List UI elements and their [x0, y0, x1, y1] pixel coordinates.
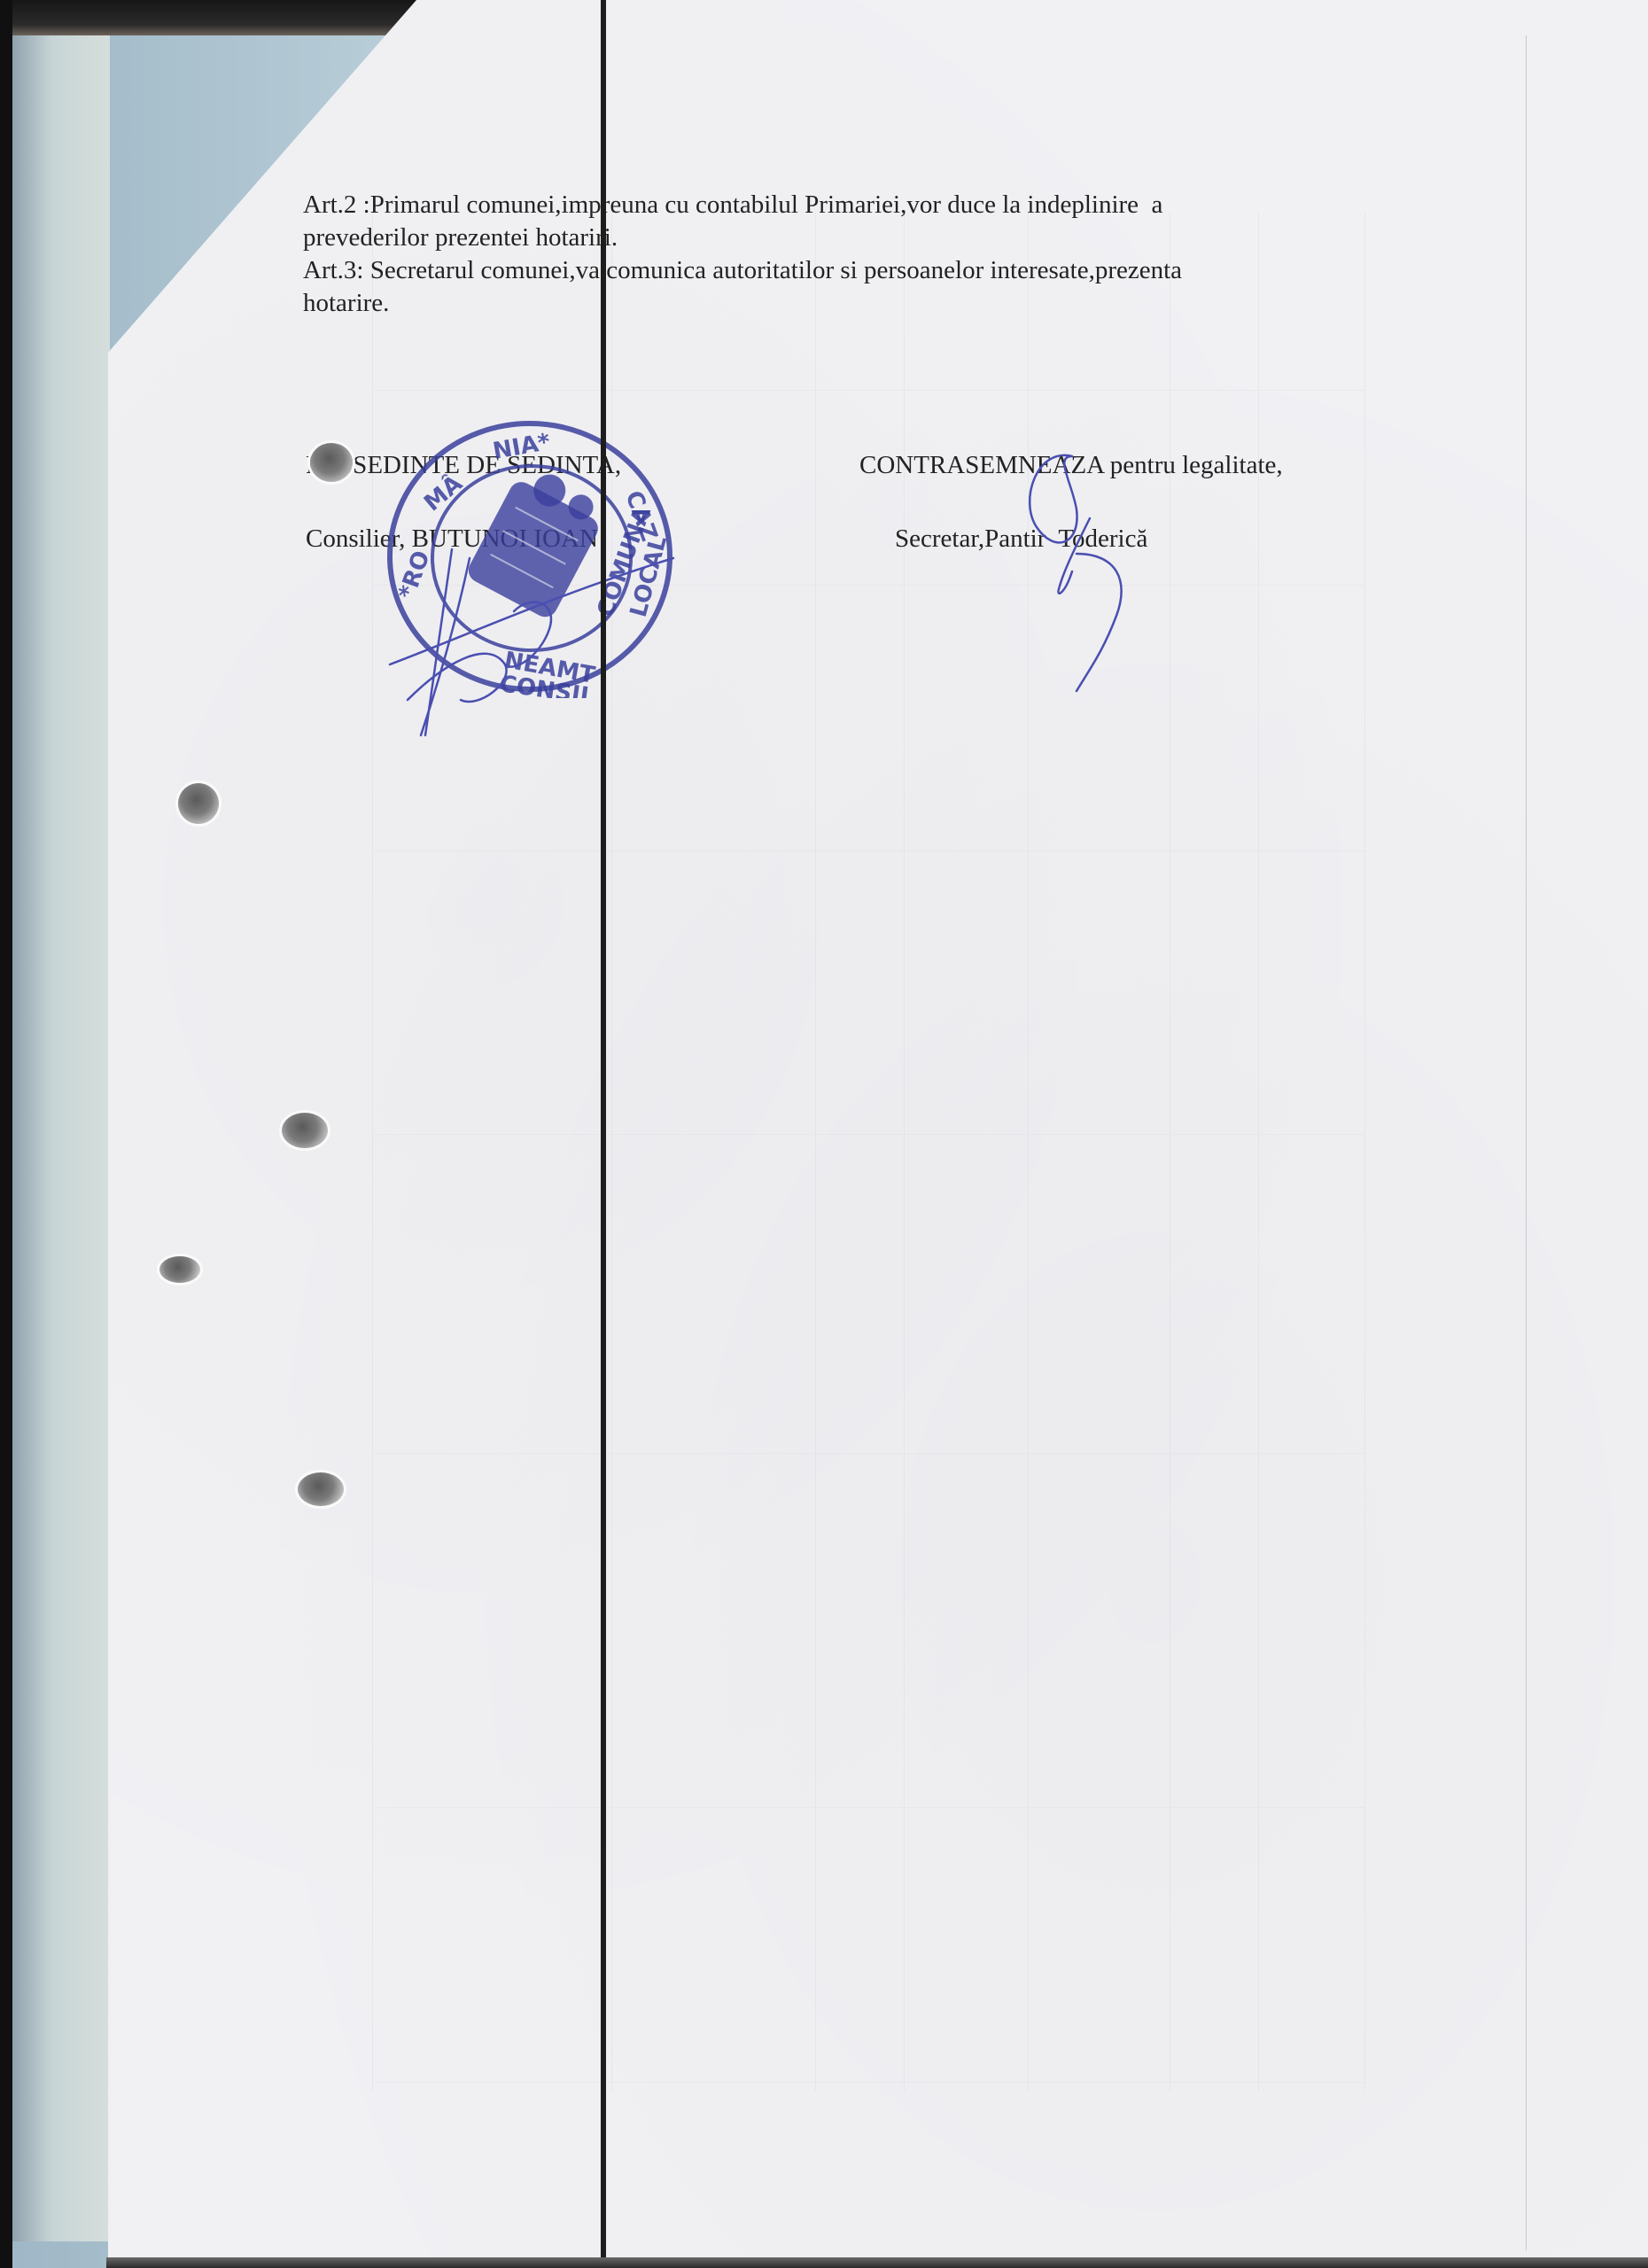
articles-section: Art.2 :Primarul comunei,impreuna cu cont…: [303, 189, 1182, 320]
scanner-frame-left: [0, 0, 12, 2268]
punch-hole-icon: [159, 1256, 200, 1283]
scanner-edge-strip: [12, 35, 110, 2241]
art3-line1: Art.3: Secretarul comunei,va comunica au…: [303, 256, 1182, 284]
document-page: Art.2 :Primarul comunei,impreuna cu cont…: [0, 0, 1648, 2257]
punch-hole-icon: [178, 783, 219, 824]
punch-hole-icon: [298, 1472, 344, 1506]
president-signature-icon: [381, 532, 700, 744]
punch-hole-icon: [310, 443, 353, 482]
punch-hole-icon: [282, 1113, 328, 1148]
svg-text:MÂ: MÂ: [418, 469, 468, 517]
vertical-rule-line: [601, 0, 606, 2257]
svg-text:NIA*: NIA*: [491, 429, 553, 465]
art2-line2: prevederilor prezentei hotariri.: [303, 223, 618, 252]
secretary-signature-icon: [975, 439, 1170, 704]
page-fold-line: [1526, 35, 1527, 2250]
art2-line1: Art.2 :Primarul comunei,impreuna cu cont…: [303, 190, 1162, 219]
scanner-frame-bottom: [106, 2257, 1648, 2268]
art3-line2: hotarire.: [303, 289, 389, 317]
